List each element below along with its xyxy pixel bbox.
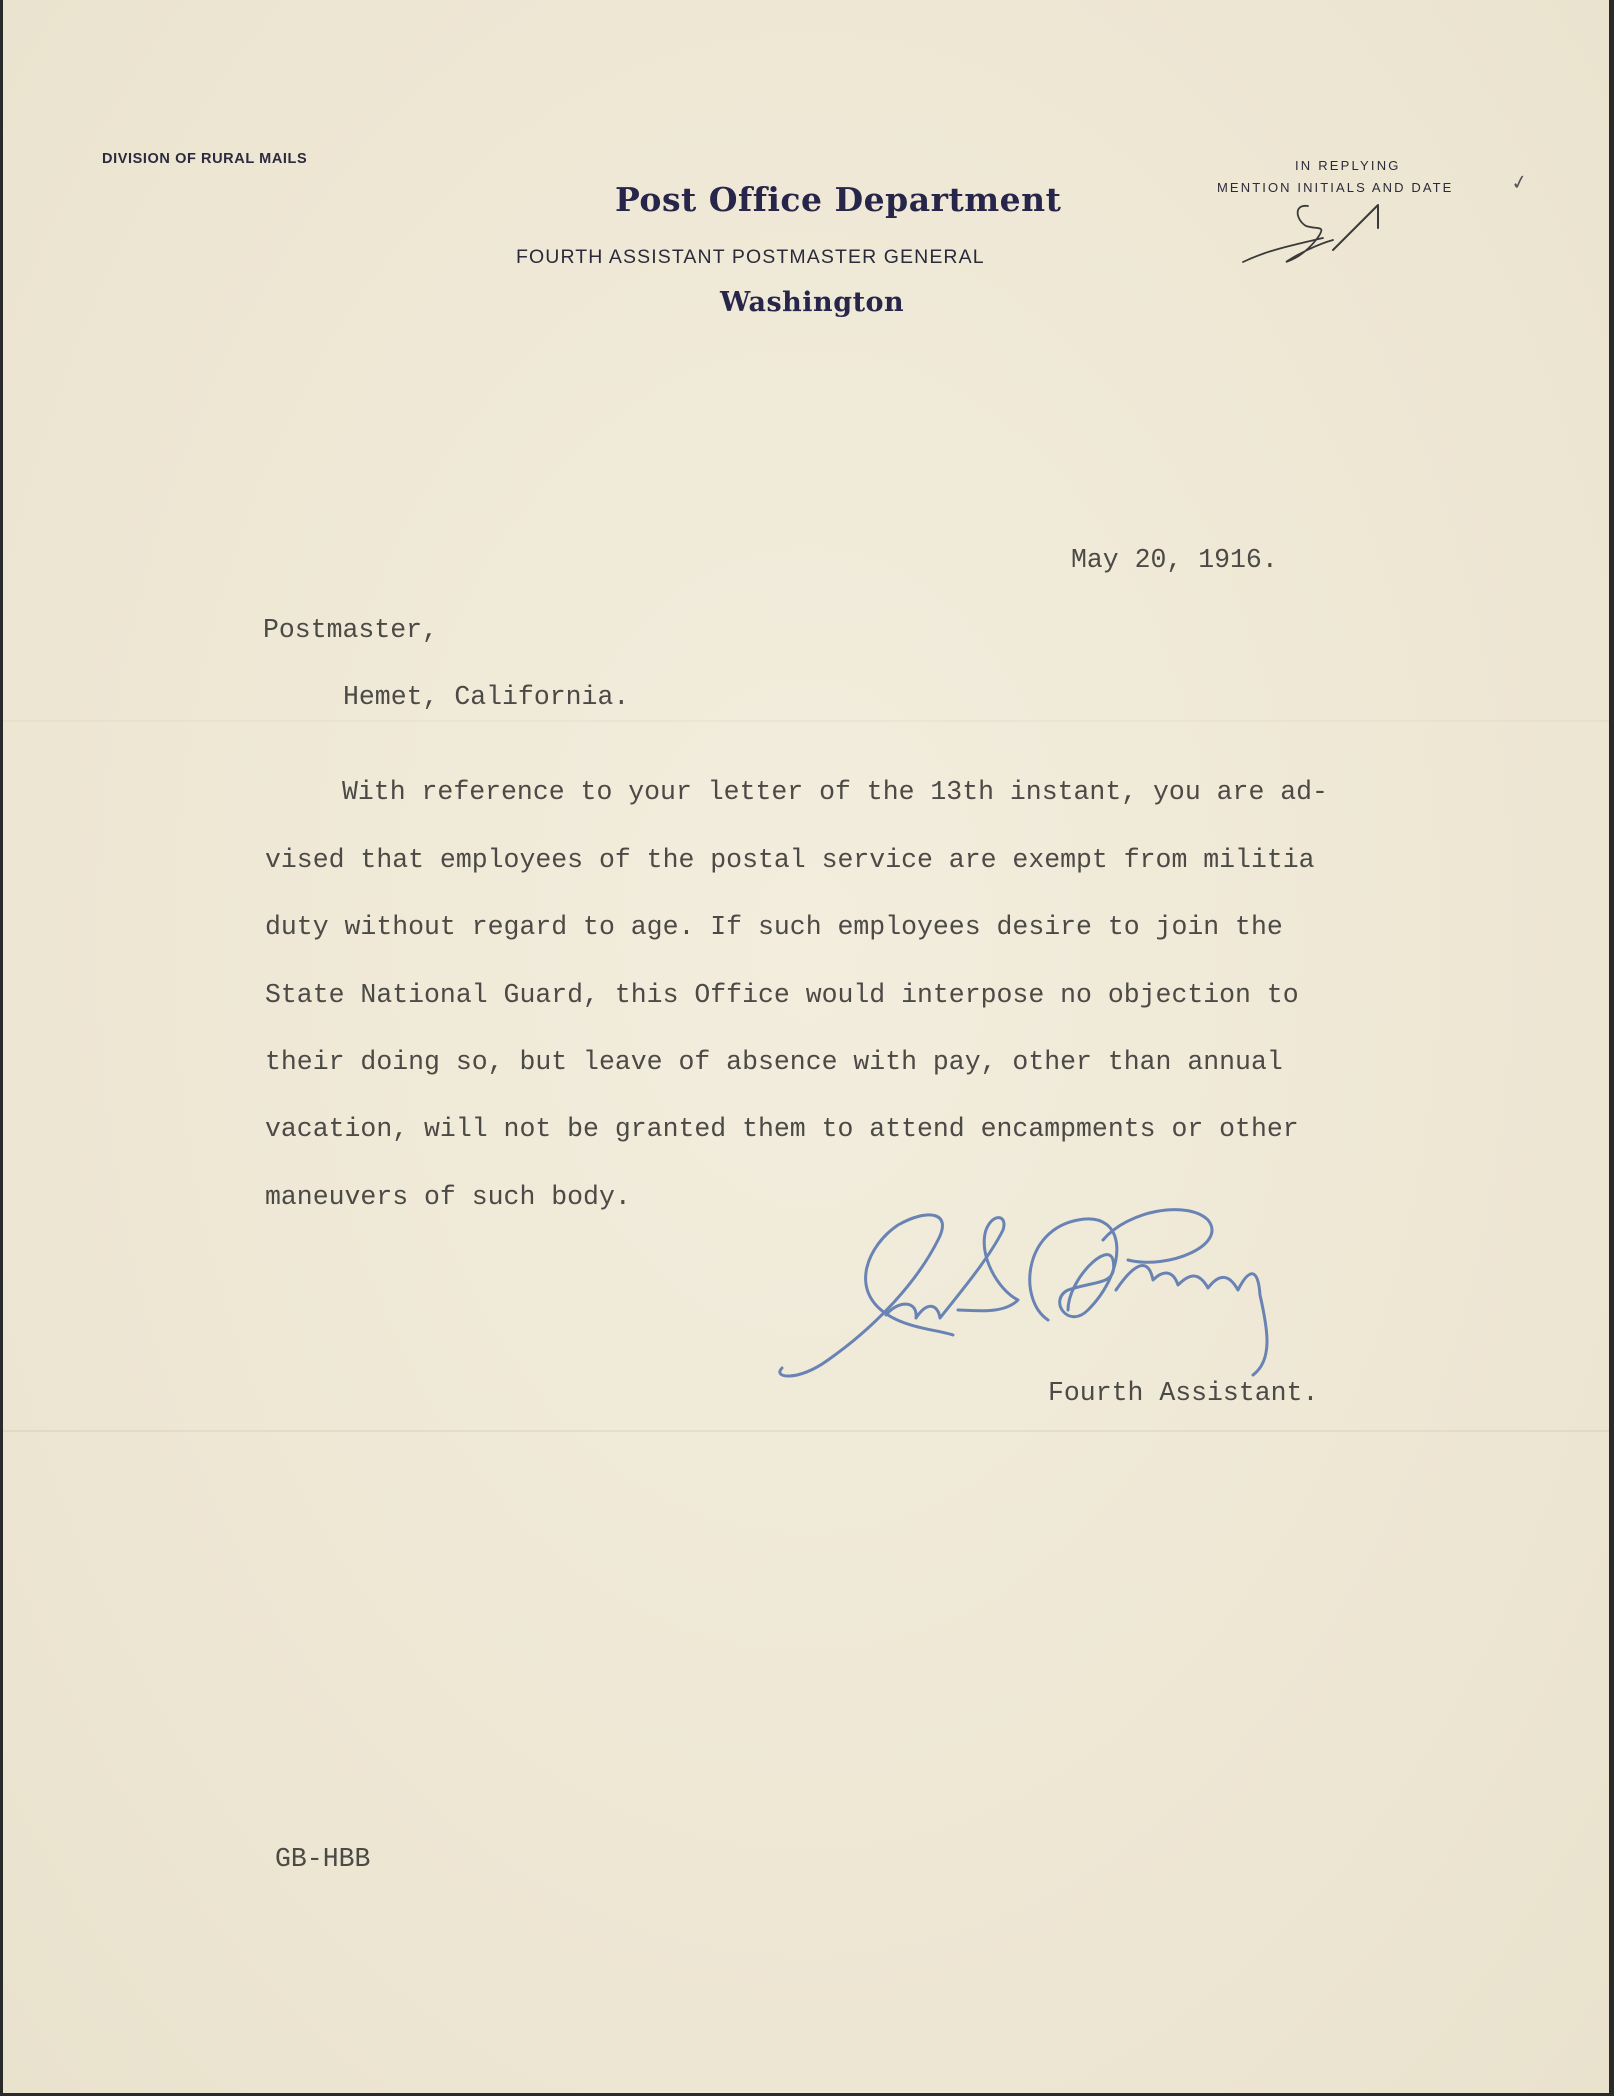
body-line: duty without regard to age. If such empl… (265, 912, 1283, 942)
office-title: FOURTH ASSISTANT POSTMASTER GENERAL (516, 246, 985, 269)
division-label: DIVISION OF RURAL MAILS (102, 151, 307, 167)
reply-note-line2: MENTION INITIALS AND DATE (1217, 180, 1453, 195)
pencil-initials-icon (1238, 200, 1408, 275)
body-line: vacation, will not be granted them to at… (265, 1114, 1299, 1144)
body-line: their doing so, but leave of absence wit… (265, 1047, 1283, 1077)
body-line: maneuvers of such body. (265, 1182, 631, 1212)
letter-page: DIVISION OF RURAL MAILS Post Office Depa… (3, 0, 1609, 2093)
city-label: Washington (720, 287, 904, 318)
body-line: State National Guard, this Office would … (265, 980, 1299, 1010)
signature-title: Fourth Assistant. (1048, 1378, 1318, 1408)
fold-line (3, 1430, 1609, 1432)
check-mark-icon: ✓ (1509, 169, 1530, 196)
body-line: With reference to your letter of the 13t… (342, 777, 1328, 807)
handwritten-signature-icon (768, 1200, 1348, 1390)
letter-date: May 20, 1916. (1071, 545, 1278, 575)
body-line: vised that employees of the postal servi… (265, 845, 1315, 875)
addressee-title: Postmaster, (263, 615, 438, 645)
fold-line (3, 720, 1609, 722)
reply-note-line1: IN REPLYING (1295, 158, 1401, 173)
addressee-location: Hemet, California. (343, 682, 629, 712)
reference-initials: GB-HBB (275, 1844, 370, 1874)
department-title: Post Office Department (615, 180, 1061, 219)
